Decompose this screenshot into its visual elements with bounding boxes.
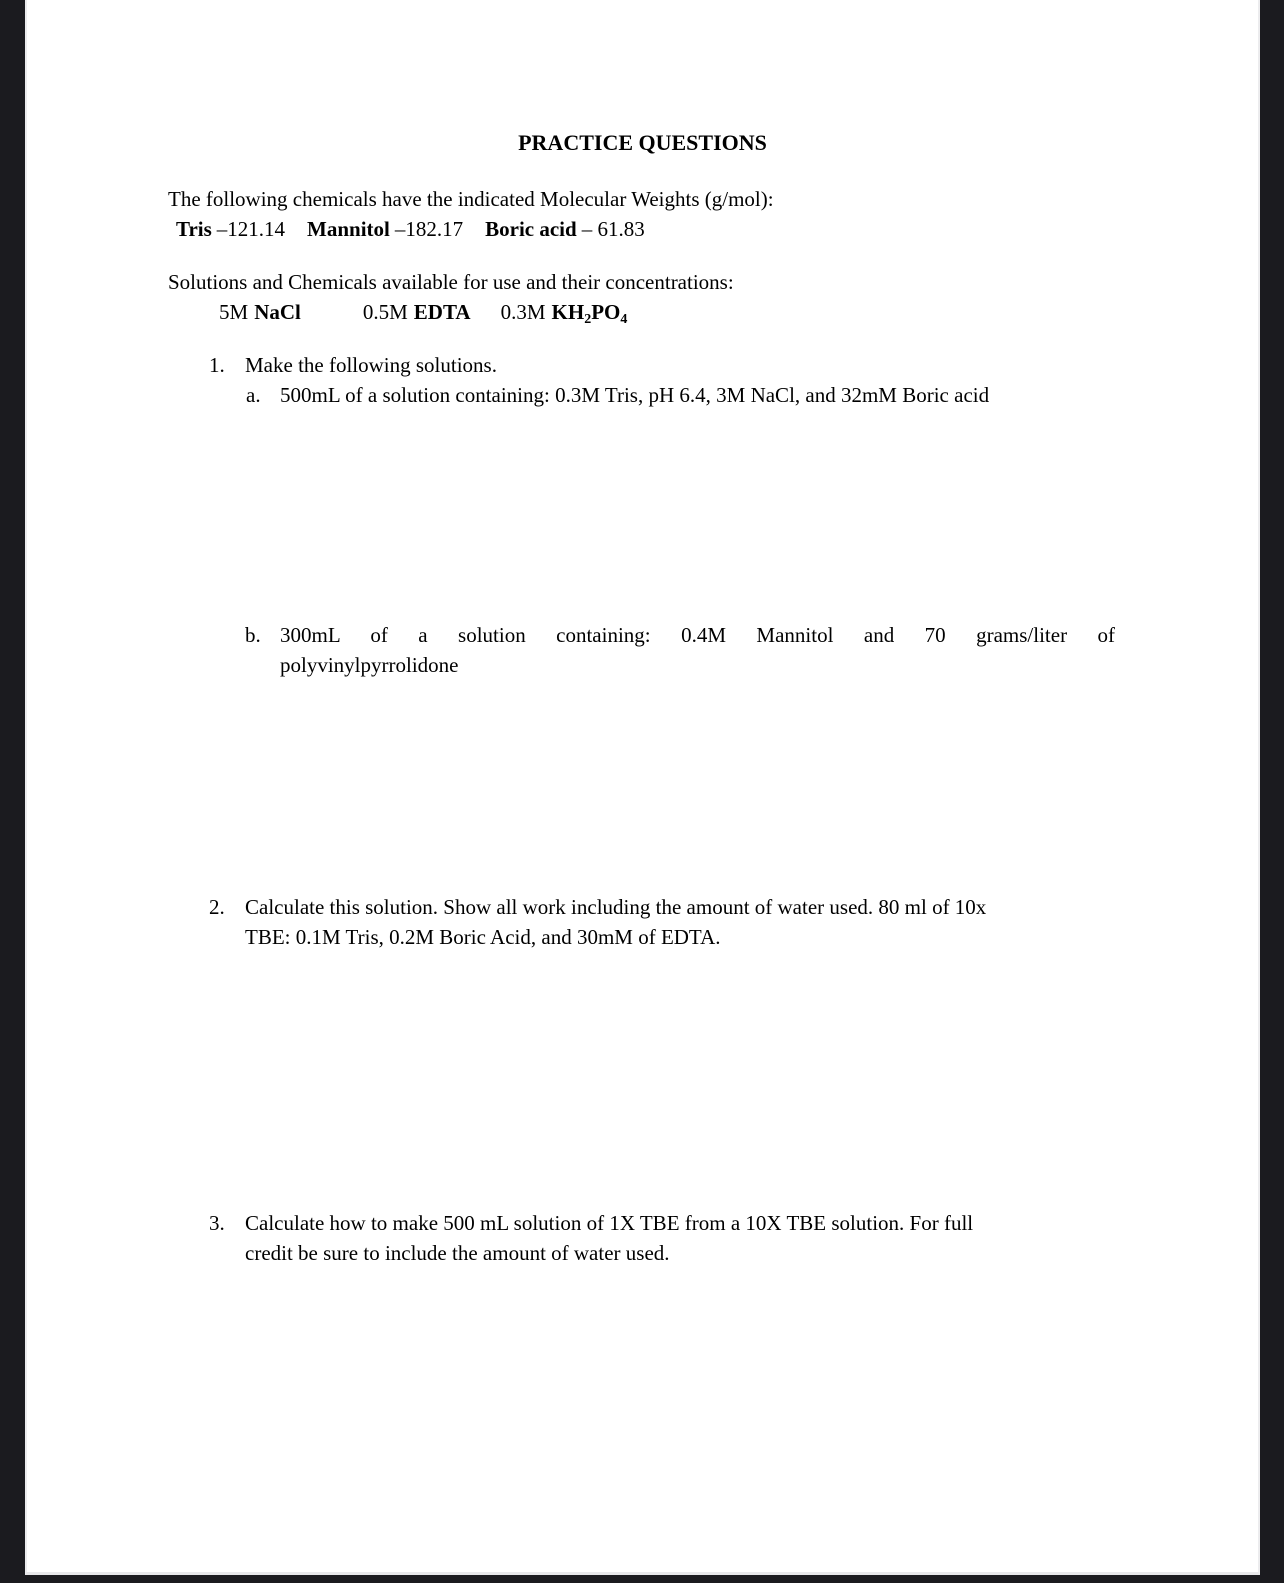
nacl-concentration: 5M bbox=[219, 300, 248, 324]
tris-mw-value: –121.14 bbox=[217, 217, 285, 241]
page-title: PRACTICE QUESTIONS bbox=[27, 128, 1258, 158]
question-1-line: 1.Make the following solutions. bbox=[209, 350, 1219, 380]
question-1a-marker: a. bbox=[246, 380, 280, 410]
question-3-line1: 3.Calculate how to make 500 mL solution … bbox=[209, 1208, 1219, 1238]
question-3-text-line1: Calculate how to make 500 mL solution of… bbox=[245, 1211, 973, 1235]
edta-name: EDTA bbox=[414, 300, 471, 324]
molecular-weights-paragraph: The following chemicals have the indicat… bbox=[168, 184, 1168, 244]
tris-label: Tris bbox=[176, 217, 212, 241]
available-solutions-paragraph: Solutions and Chemicals available for us… bbox=[168, 267, 1168, 327]
boric-acid-label: Boric acid bbox=[485, 217, 577, 241]
kh2po4-kh: KH bbox=[552, 300, 585, 324]
document-page: PRACTICE QUESTIONS The following chemica… bbox=[25, 0, 1260, 1575]
question-1a-text: 500mL of a solution containing: 0.3M Tri… bbox=[280, 383, 989, 407]
question-1a-line: a.500mL of a solution containing: 0.3M T… bbox=[246, 380, 1219, 410]
question-1b-line2: polyvinylpyrrolidone bbox=[280, 650, 1255, 680]
viewer-background: { "page": { "title": "PRACTICE QUESTIONS… bbox=[0, 0, 1284, 1583]
mannitol-mw-value: –182.17 bbox=[395, 217, 463, 241]
question-1b-line1: 300mL of a solution containing: 0.4M Man… bbox=[280, 620, 1115, 650]
nacl-name: NaCl bbox=[254, 300, 301, 324]
available-solutions-intro-line: Solutions and Chemicals available for us… bbox=[168, 267, 1168, 297]
question-3: 3.Calculate how to make 500 mL solution … bbox=[209, 1208, 1219, 1268]
mannitol-label: Mannitol bbox=[307, 217, 390, 241]
question-3-marker: 3. bbox=[209, 1208, 245, 1238]
question-2-line1: 2.Calculate this solution. Show all work… bbox=[209, 892, 1219, 922]
molecular-weights-intro-line: The following chemicals have the indicat… bbox=[168, 184, 1168, 214]
question-1b-marker: b. bbox=[245, 620, 261, 650]
edta-concentration: 0.5M bbox=[363, 300, 408, 324]
question-1-marker: 1. bbox=[209, 350, 245, 380]
question-2-marker: 2. bbox=[209, 892, 245, 922]
question-2-text-line1: Calculate this solution. Show all work i… bbox=[245, 895, 986, 919]
question-3-line2: credit be sure to include the amount of … bbox=[245, 1238, 1219, 1268]
question-1-text: Make the following solutions. bbox=[245, 353, 497, 377]
available-chemicals-line: 5MNaCl0.5MEDTA0.3MKH2PO4 bbox=[168, 297, 1168, 327]
question-1b: b. 300mL of a solution containing: 0.4M … bbox=[245, 620, 1255, 680]
question-2-line2: TBE: 0.1M Tris, 0.2M Boric Acid, and 30m… bbox=[245, 922, 1219, 952]
kh2po4-name: KH2PO4 bbox=[552, 300, 628, 324]
kh2po4-concentration: 0.3M bbox=[501, 300, 546, 324]
kh2po4-po: PO bbox=[591, 300, 620, 324]
boric-acid-mw-value: – 61.83 bbox=[582, 217, 645, 241]
kh2po4-subscript-4: 4 bbox=[620, 312, 627, 327]
question-2: 2.Calculate this solution. Show all work… bbox=[209, 892, 1219, 952]
question-1: 1.Make the following solutions. a.500mL … bbox=[209, 350, 1219, 410]
molecular-weights-values-line: Tris–121.14Mannitol–182.17Boric acid– 61… bbox=[168, 214, 1168, 244]
